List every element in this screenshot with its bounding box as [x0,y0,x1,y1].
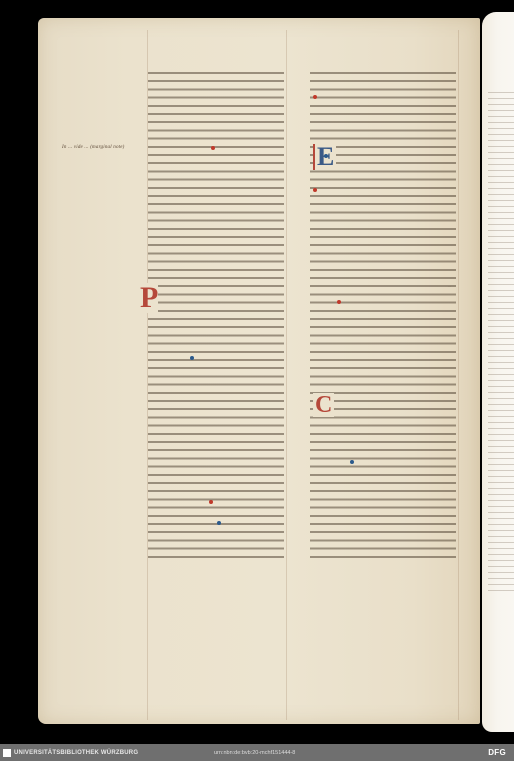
urn-identifier[interactable]: urn:nbn:de:bvb:20-mchf151444-8 [214,750,295,756]
paragraph-mark-red [209,500,213,504]
text-column-left [148,72,284,564]
paragraph-mark-red [211,146,215,150]
facing-page-text [488,92,514,592]
side-note: ... [448,283,451,288]
initial-c: C [313,393,334,417]
ruling-line [286,30,287,720]
facing-page-edge [482,12,514,732]
ruling-line [458,30,459,720]
paragraph-mark-blue [350,460,354,464]
paragraph-mark-red [337,300,341,304]
initial-p: P [140,283,158,313]
paragraph-mark-red [313,188,317,192]
paragraph-mark-blue [217,521,221,525]
marginal-note: In ... vide ... (marginal note) [62,145,125,150]
paragraph-mark-blue [324,154,328,158]
library-logo-icon [3,749,11,757]
paragraph-mark-blue [190,356,194,360]
paragraph-mark-red [313,95,317,99]
image-viewport[interactable]: In ... vide ... (marginal note) P E C ..… [0,0,514,744]
dfg-logo[interactable]: DFG [488,748,506,757]
footer-bar: UNIVERSITÄTSBIBLIOTHEK WÜRZBURG urn:nbn:… [0,744,514,761]
library-name[interactable]: UNIVERSITÄTSBIBLIOTHEK WÜRZBURG [14,750,138,756]
